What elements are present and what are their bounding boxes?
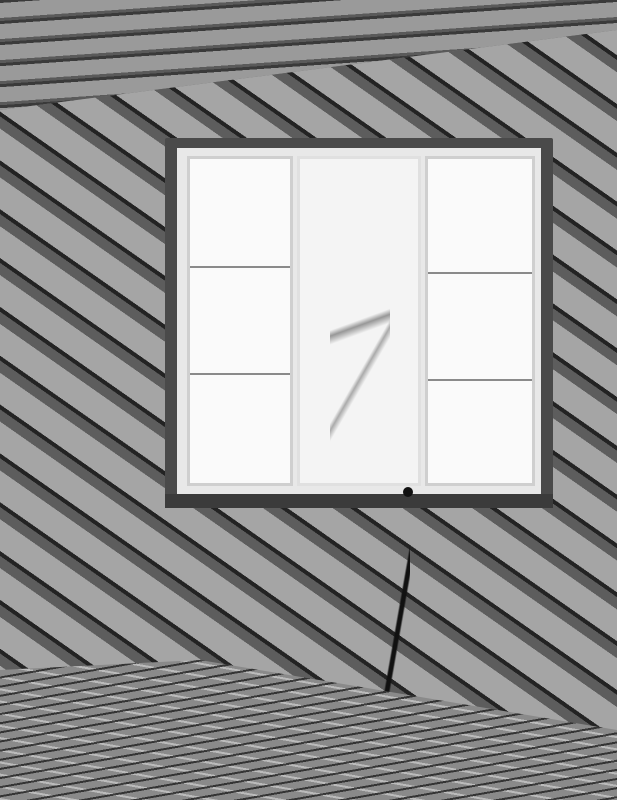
window: [165, 138, 553, 508]
window-sill: [165, 494, 553, 508]
tree-reflection: [330, 199, 390, 469]
window-sash-right: [425, 156, 535, 486]
window-pane-center: [297, 156, 421, 486]
window-frame: [177, 148, 541, 494]
window-sash-left: [187, 156, 293, 486]
photograph: [0, 0, 617, 800]
